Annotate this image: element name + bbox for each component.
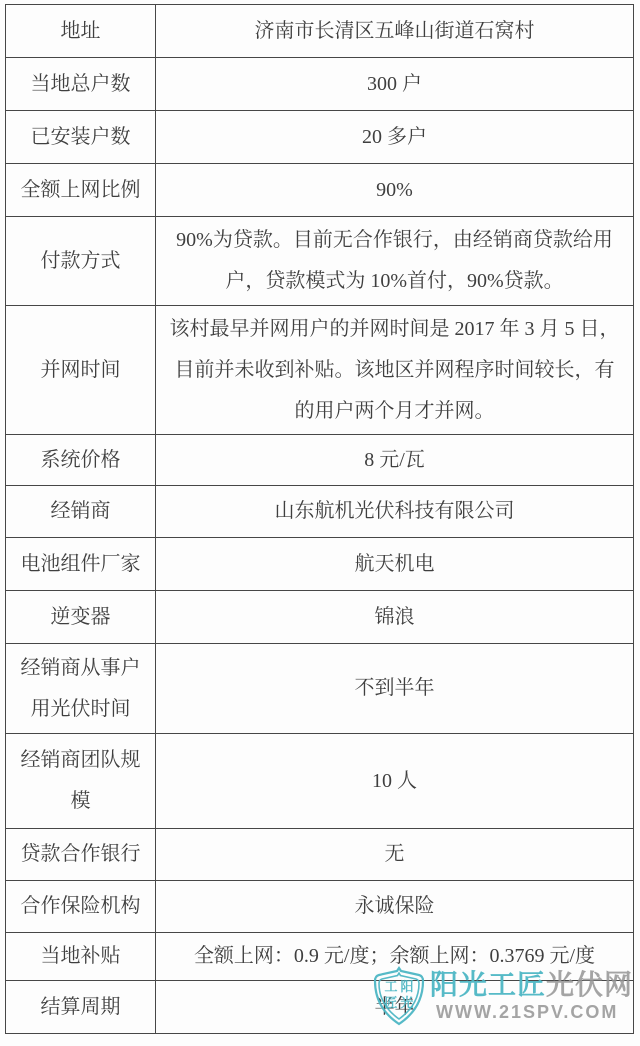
table-row: 付款方式 90%为贷款。目前无合作银行，由经销商贷款给用户，贷款模式为 10%首…	[6, 217, 634, 306]
table-row: 电池组件厂家 航天机电	[6, 538, 634, 591]
table-row: 逆变器 锦浪	[6, 591, 634, 644]
table-row: 地址 济南市长清区五峰山街道石窝村	[6, 5, 634, 58]
row-value: 20 多户	[156, 111, 634, 164]
row-label: 当地补贴	[6, 933, 156, 981]
row-label: 当地总户数	[6, 58, 156, 111]
row-value: 该村最早并网用户的并网时间是 2017 年 3 月 5 日，目前并未收到补贴。该…	[156, 306, 634, 435]
table-row: 当地补贴 全额上网：0.9 元/度；余额上网：0.3769 元/度	[6, 933, 634, 981]
row-label: 合作保险机构	[6, 881, 156, 933]
row-value: 半年	[156, 981, 634, 1034]
row-value: 山东航机光伏科技有限公司	[156, 486, 634, 538]
row-label: 经销商从事户用光伏时间	[6, 644, 156, 734]
table-row: 当地总户数 300 户	[6, 58, 634, 111]
row-label: 付款方式	[6, 217, 156, 306]
row-value: 航天机电	[156, 538, 634, 591]
row-label: 结算周期	[6, 981, 156, 1034]
row-value: 10 人	[156, 734, 634, 829]
row-value: 90%为贷款。目前无合作银行，由经销商贷款给用户，贷款模式为 10%首付，90%…	[156, 217, 634, 306]
table-row: 全额上网比例 90%	[6, 164, 634, 217]
table-row: 已安装户数 20 多户	[6, 111, 634, 164]
row-label: 电池组件厂家	[6, 538, 156, 591]
row-value: 8 元/瓦	[156, 435, 634, 486]
row-label: 全额上网比例	[6, 164, 156, 217]
row-value: 无	[156, 829, 634, 881]
survey-table-page: 地址 济南市长清区五峰山街道石窝村 当地总户数 300 户 已安装户数 20 多…	[0, 0, 640, 1046]
table-row: 经销商团队规模 10 人	[6, 734, 634, 829]
row-label: 系统价格	[6, 435, 156, 486]
table-row: 合作保险机构 永诚保险	[6, 881, 634, 933]
row-label: 经销商团队规模	[6, 734, 156, 829]
table-row: 经销商从事户用光伏时间 不到半年	[6, 644, 634, 734]
pv-village-info-table: 地址 济南市长清区五峰山街道石窝村 当地总户数 300 户 已安装户数 20 多…	[5, 4, 634, 1034]
row-label: 并网时间	[6, 306, 156, 435]
row-label: 逆变器	[6, 591, 156, 644]
table-row: 并网时间 该村最早并网用户的并网时间是 2017 年 3 月 5 日，目前并未收…	[6, 306, 634, 435]
table-row: 贷款合作银行 无	[6, 829, 634, 881]
row-value: 300 户	[156, 58, 634, 111]
row-value: 全额上网：0.9 元/度；余额上网：0.3769 元/度	[156, 933, 634, 981]
row-label: 地址	[6, 5, 156, 58]
table-row: 经销商 山东航机光伏科技有限公司	[6, 486, 634, 538]
row-label: 经销商	[6, 486, 156, 538]
row-label: 贷款合作银行	[6, 829, 156, 881]
row-value: 济南市长清区五峰山街道石窝村	[156, 5, 634, 58]
row-value: 不到半年	[156, 644, 634, 734]
table-row: 系统价格 8 元/瓦	[6, 435, 634, 486]
row-value: 锦浪	[156, 591, 634, 644]
row-label: 已安装户数	[6, 111, 156, 164]
table-row: 结算周期 半年	[6, 981, 634, 1034]
row-value: 90%	[156, 164, 634, 217]
row-value: 永诚保险	[156, 881, 634, 933]
